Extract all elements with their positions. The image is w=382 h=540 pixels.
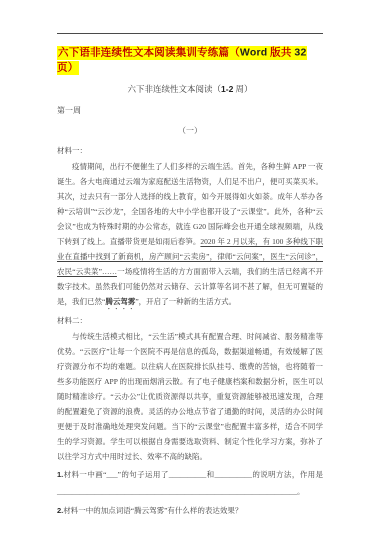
doc-subtitle-text-2: 周） xyxy=(233,84,252,94)
question-1-text-2: ”的句子运用了 xyxy=(118,470,169,479)
week-label: 第一周 xyxy=(57,105,323,117)
question-1-fill-blank-1: __________ xyxy=(169,470,207,479)
material1-text-1: 疫情期间，出行不便催生了人们多样的云端生活。首先，各种生鲜 APP 一夜诞生。各… xyxy=(57,162,323,246)
question-2: 2.材料一中的加点词语“腾云驾雾”有什么样的表达效果？ xyxy=(57,503,323,520)
doc-title-word-label: Word xyxy=(240,46,267,58)
question-1-quoted-blank: ___ xyxy=(106,470,117,479)
document-content: 六下语非连续性文本阅读集训专练篇（Word 版共 32 页） 六下非连续性文本阅… xyxy=(0,33,382,540)
material2-paragraph: 与传统生活模式相比，“云生活”模式具有配置合理、时间减省、服务精准等优势。“云医… xyxy=(57,329,323,464)
doc-title-text-1: 六下语非连续性文本阅读集训专练篇（ xyxy=(58,47,240,58)
material2-label: 材料二： xyxy=(57,314,323,327)
answer-blank-line: ________________________________________… xyxy=(57,530,323,540)
question-1-fill-blank-2: __________ xyxy=(215,470,253,479)
doc-subtitle-text-1: 六下非连续性文本阅读（ xyxy=(128,84,222,94)
doc-title-highlight: 六下语非连续性文本阅读集训专练篇（Word 版共 32 页） xyxy=(57,46,307,75)
question-1: 1.材料一中画“___”的句子运用了__________和__________的… xyxy=(57,467,323,500)
question-2-text: 材料一中的加点词语“腾云驾雾”有什么样的表达效果？ xyxy=(63,506,242,515)
material1-text-3: ”，开启了一种新的生活方式。 xyxy=(135,297,236,306)
doc-title-text-2: 版共 xyxy=(267,47,294,58)
section-number: （一） xyxy=(57,125,323,137)
doc-subtitle-week-range: 1-2 xyxy=(221,84,233,94)
doc-subtitle: 六下非连续性文本阅读（1-2 周） xyxy=(57,83,323,95)
doc-title: 六下语非连续性文本阅读集训专练篇（Word 版共 32 页） xyxy=(57,45,323,75)
question-1-text-5: 。 xyxy=(297,487,305,496)
doc-title-text-3: 页） xyxy=(57,62,78,73)
header-rule xyxy=(57,33,323,34)
material1-emphasized-term: 腾云驾雾 xyxy=(105,297,135,306)
question-1-text-4: 的说明方法，作用是 xyxy=(252,470,323,479)
doc-title-page-count: 32 xyxy=(294,46,306,58)
document-page: 六下语非连续性文本阅读集训专练篇（Word 版共 32 页） 六下非连续性文本阅… xyxy=(0,0,382,540)
material1-paragraph: 疫情期间，出行不便催生了人们多样的云端生活。首先，各种生鲜 APP 一夜诞生。各… xyxy=(57,159,323,311)
question-1-text-1: 材料一中画“ xyxy=(63,470,106,479)
material1-label: 材料一： xyxy=(57,144,323,157)
question-1-fill-blank-3: ________________________________________… xyxy=(57,487,297,496)
question-1-text-3: 和 xyxy=(206,470,214,479)
